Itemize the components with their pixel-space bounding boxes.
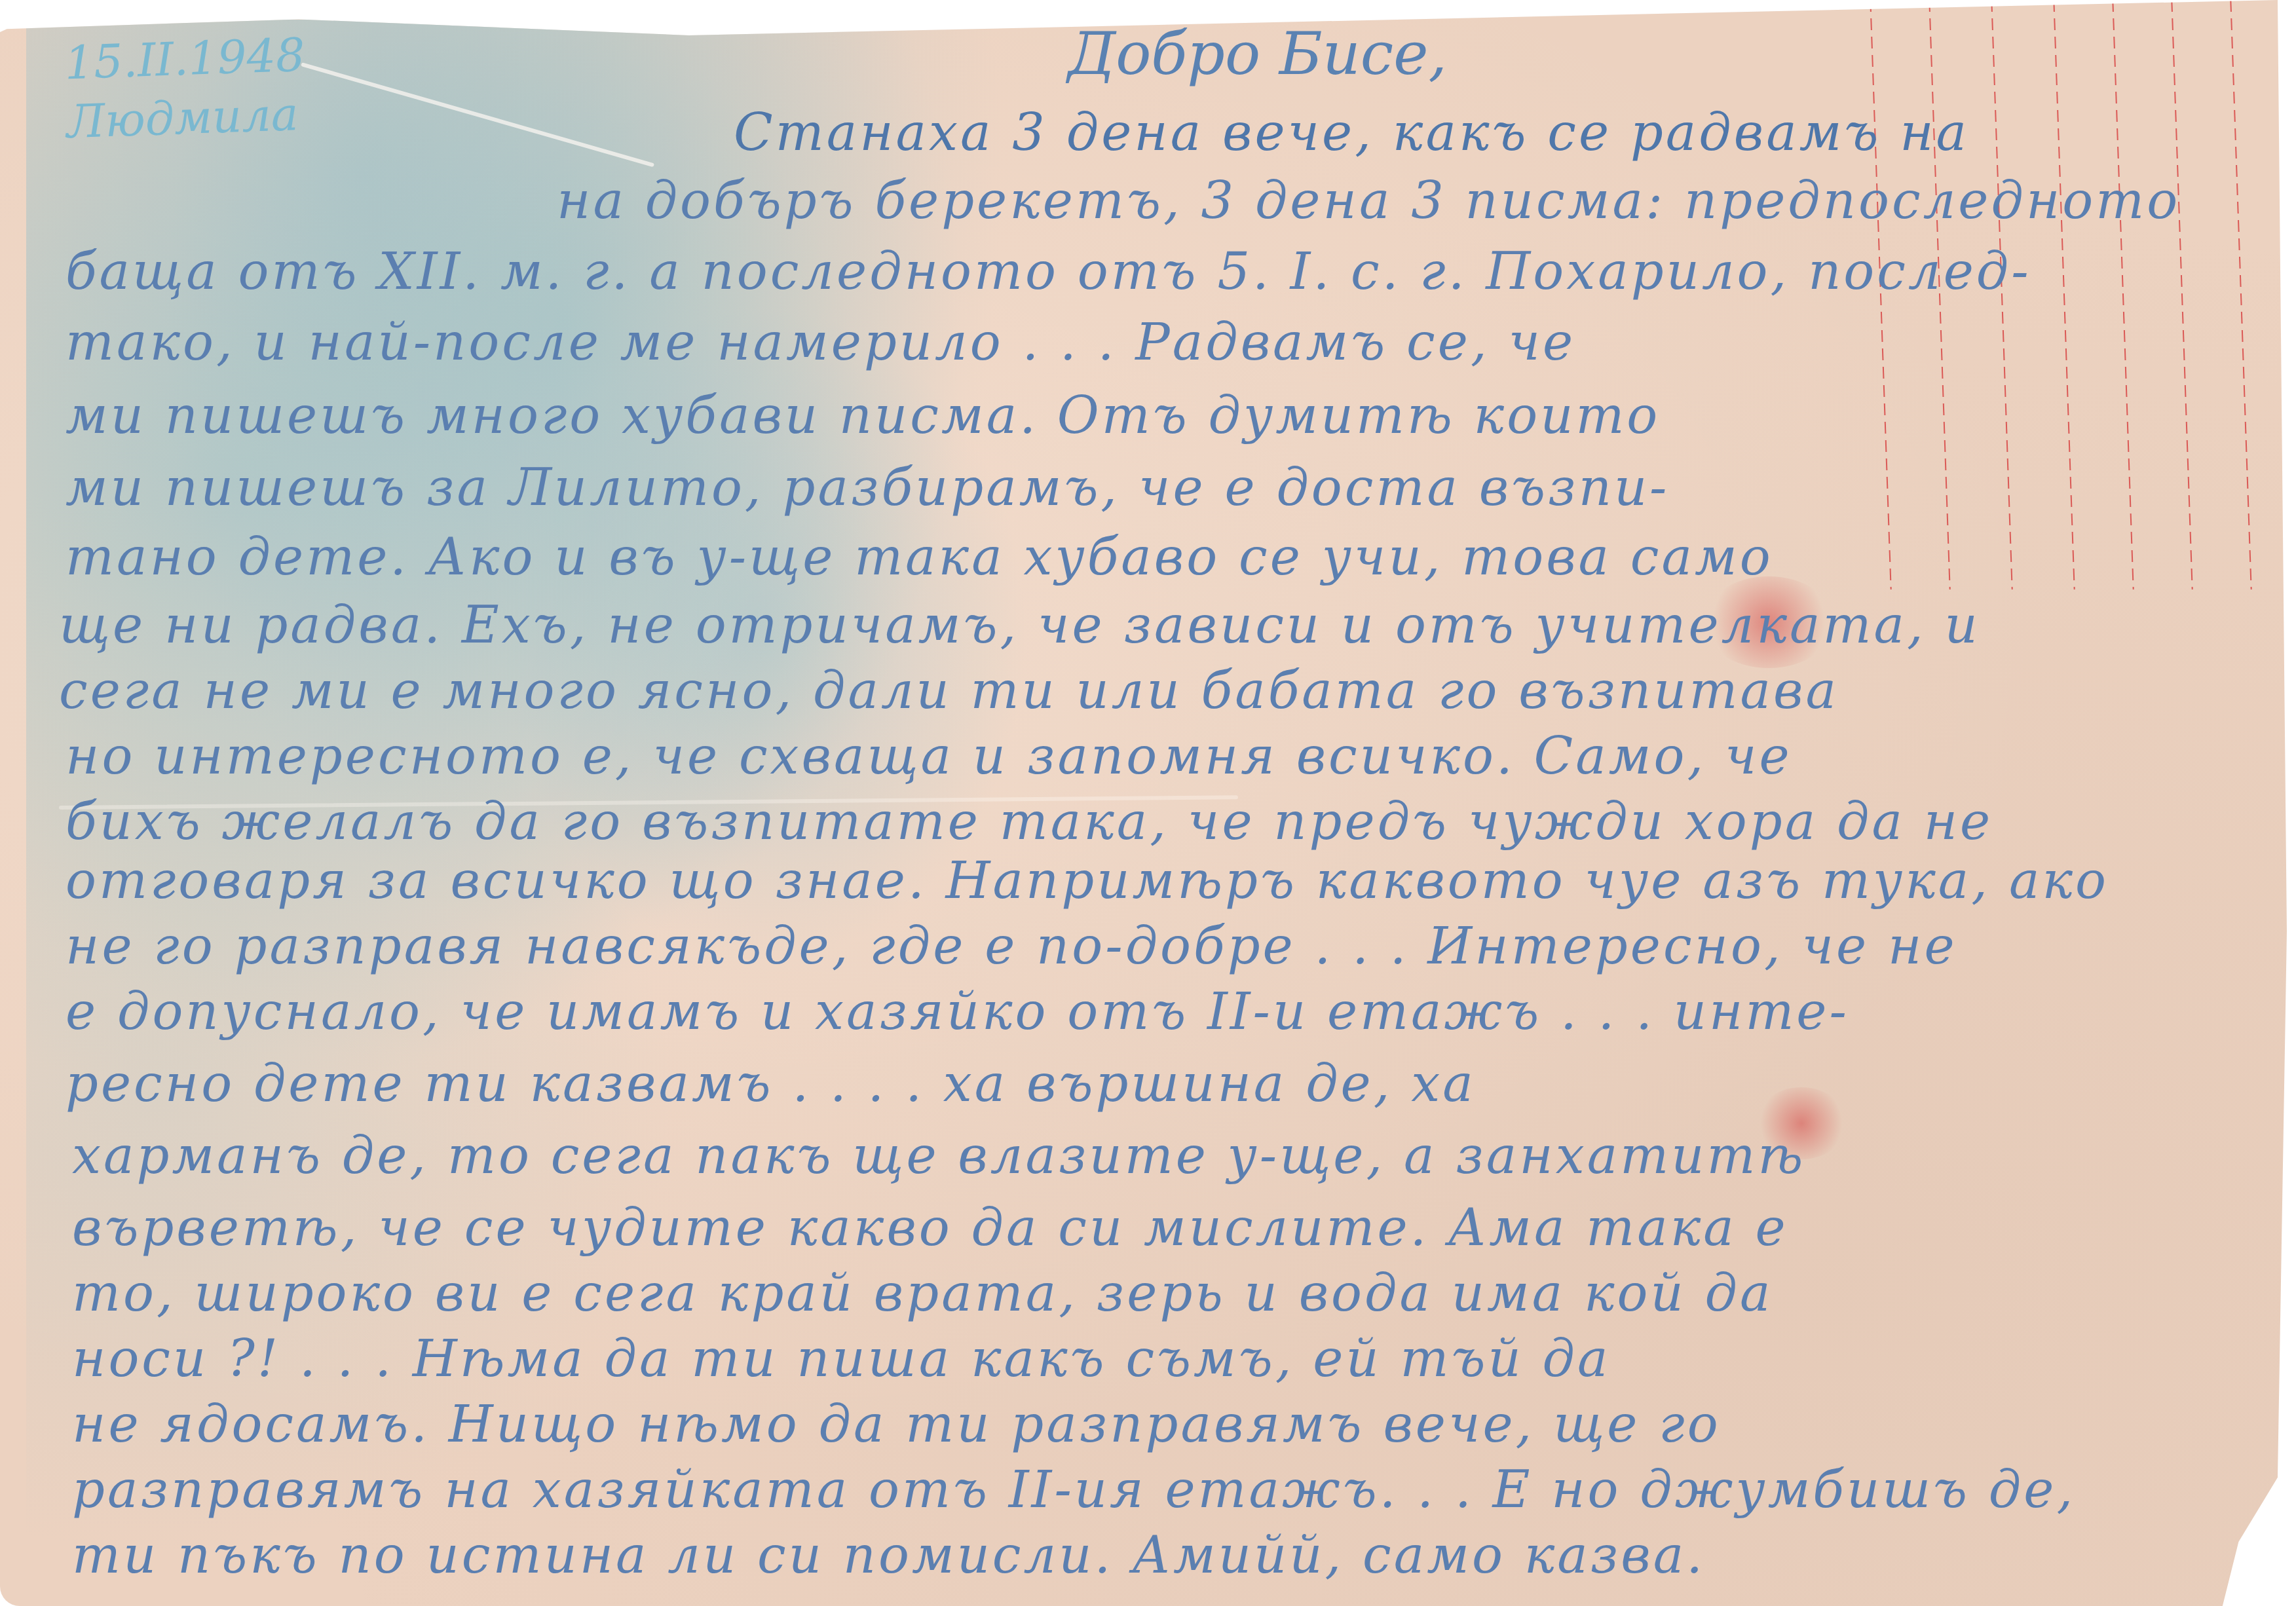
letter-line: ти пъкъ по истина ли си помисли. Амийй, … (72, 1526, 1705, 1585)
letter-line: Станаха 3 дена вече, какъ се радвамъ на (734, 103, 1969, 162)
letter-line: е допуснало, че имамъ и хазяйко отъ II-и… (66, 982, 1849, 1041)
letter-line: не ядосамъ. Нищо нѣмо да ти разправямъ в… (72, 1395, 1721, 1454)
letter-line: ресно дете ти казвамъ . . . . ха вършина… (66, 1055, 1476, 1113)
letter-line: отговаря за всичко що знае. Напримѣръ ка… (66, 851, 2109, 910)
letter-line: но интересното е, че схваща и запомня вс… (66, 727, 1792, 786)
letter-line: не го разправя навсякъде, где е по-добре… (66, 917, 1957, 976)
letter-line: върветѣ, че се чудите какво да си мислит… (72, 1199, 1788, 1258)
date-note: 15.II.1948 Людмила (64, 26, 308, 152)
letter-line: то, широко ви е сега край врата, зерь и … (72, 1264, 1773, 1323)
letter-line: тако, и най-после ме намерило . . . Радв… (66, 313, 1575, 372)
letter-line: ще ни радва. Ехъ, не отричамъ, че зависи… (59, 596, 1980, 655)
postcard-paper: 15.II.1948 Людмила Добро Бисе, Станаха 3… (0, 0, 2296, 1606)
greeting: Добро Бисе, (1068, 20, 1447, 88)
letter-line: харманъ де, то сега пакъ ще влазите у-ще… (72, 1127, 1805, 1186)
letter-line: сега не ми е много ясно, дали ти или баб… (59, 662, 1839, 720)
letter-line: ми пишешъ много хубави писма. Отъ думитѣ… (66, 386, 1660, 445)
letter-line: ми пишешъ за Лилито, разбирамъ, че е дос… (66, 458, 1669, 517)
letter-line: тано дете. Ако и въ у-ще така хубаво се … (66, 528, 1773, 587)
letter-line: баща отъ XII. м. г. а последното отъ 5. … (66, 242, 2031, 301)
letter-line: носи ?! . . . Нѣма да ти пиша какъ съмъ,… (72, 1330, 1610, 1389)
letter-line: бихъ желалъ да го възпитате така, че пре… (66, 793, 1993, 851)
letter-line: на добъръ берекетъ, 3 дена 3 писма: пред… (557, 172, 2180, 231)
letter-line: разправямъ на хазяйката отъ II-ия етажъ.… (72, 1461, 2075, 1520)
letter-body: 15.II.1948 Людмила Добро Бисе, Станаха 3… (0, 0, 2296, 1606)
